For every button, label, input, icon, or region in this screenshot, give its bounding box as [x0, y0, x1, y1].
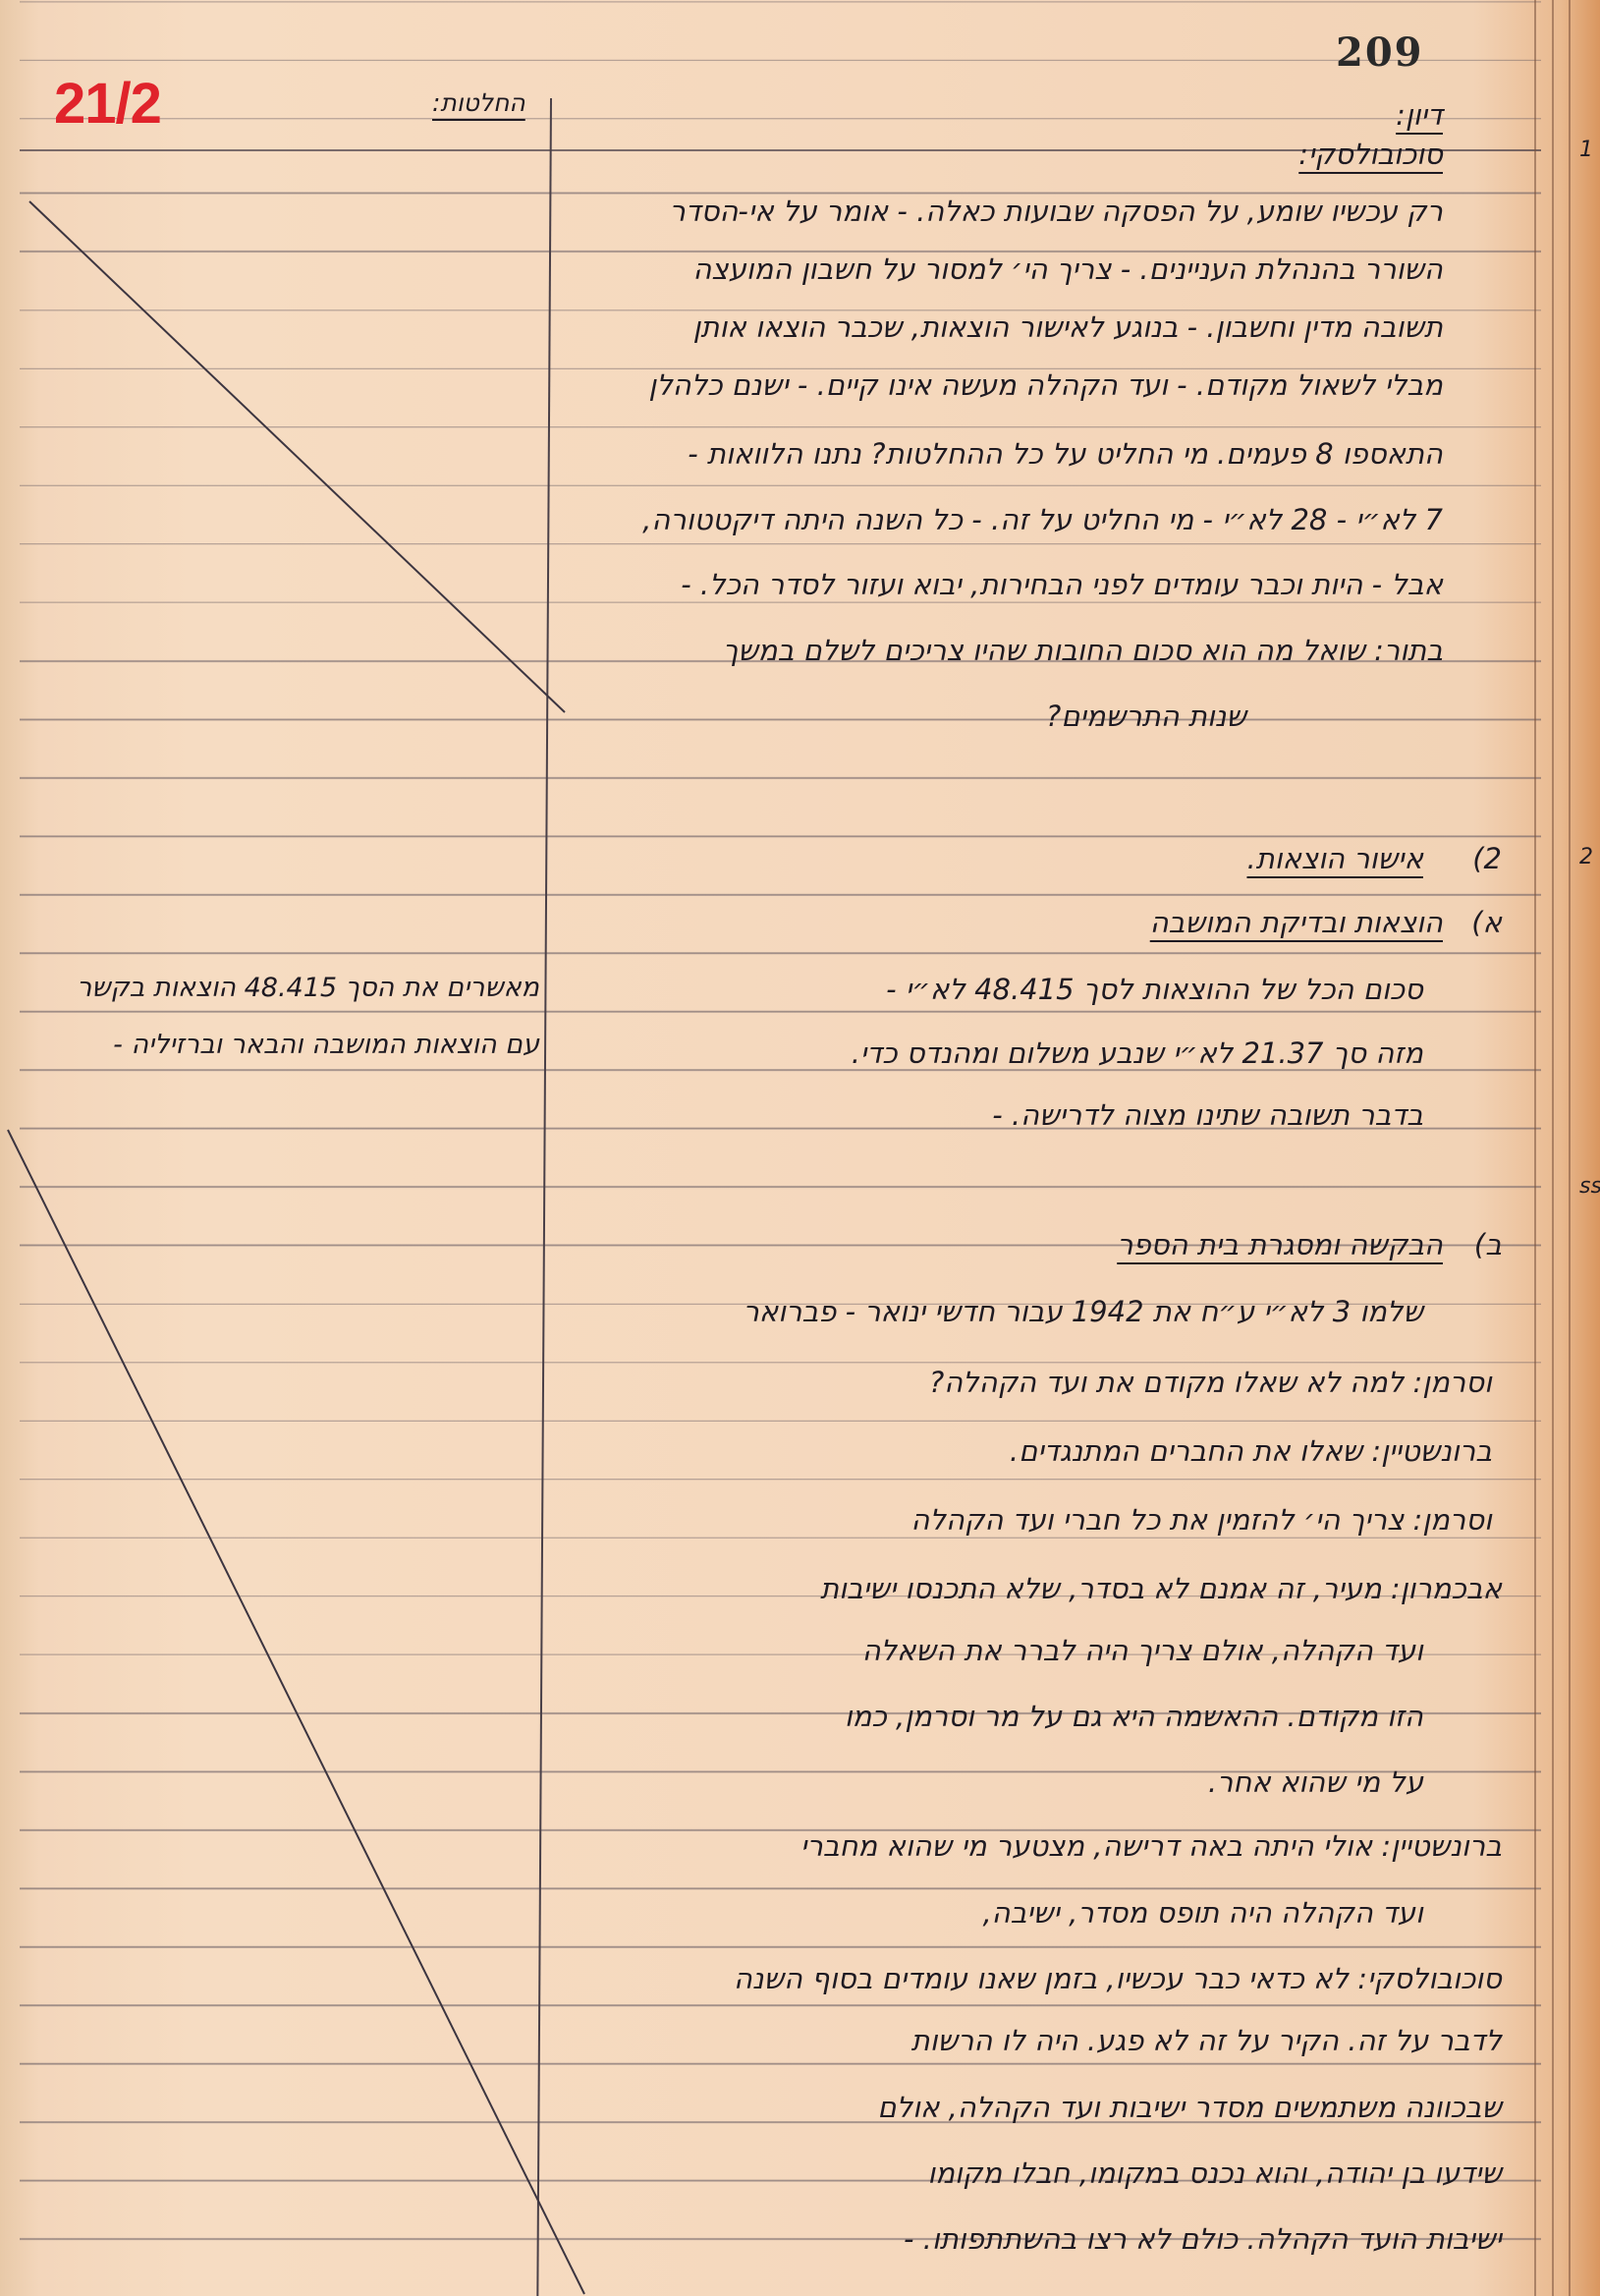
text-line: ברונשטיין: אולי היתה באה דרישה, מצטער מי…	[800, 1829, 1502, 1863]
ledger-page: 21/2 209 החלטות: מאשרים את הסך 48.415 הו…	[0, 0, 1600, 2296]
text-line: לדבר על זה. הקיר על זה לא פגע. היה לו הר…	[911, 2024, 1502, 2057]
text-line: על מי שהוא אחר.	[1208, 1765, 1423, 1799]
text-line: שלמו 3 לא״י ע״ח את 1942 עבור חדשי ינואר …	[744, 1295, 1424, 1328]
text-line: וסרמן: צריך הי׳ להזמין את כל חברי ועד הק…	[911, 1503, 1492, 1537]
text-line: ועד הקהלה היה תופס מסדר, ישיבה,	[982, 1896, 1423, 1930]
text-line: שנות התרשמים?	[1046, 700, 1246, 733]
text-line: תשובה מדין וחשבון. - בנוגע לאישור הוצאות…	[692, 310, 1443, 344]
subsection-marker: א)	[1471, 906, 1502, 939]
text-line: בדבר תשובה שתינו מצוה לדרישה. -	[992, 1098, 1423, 1132]
edge-mark: 2	[1579, 845, 1593, 869]
margin-note: מאשרים את הסך 48.415 הוצאות בקשר	[77, 973, 539, 1003]
text-line: שידעו בן יהודה, והוא נכנס במקומו, חבלו מ…	[927, 2156, 1502, 2190]
text-line: ישיבות הועד הקהלה. כולם לא רצו בהשתתפותו…	[904, 2222, 1502, 2256]
edge-mark: ss	[1579, 1174, 1600, 1199]
text-line: אבכמרון: מעיר, זה אמנם לא בסדר, שלא התכנ…	[820, 1572, 1502, 1605]
margin-note: עם הוצאות המושבה והבאר וברזיליה -	[113, 1030, 539, 1060]
edge-mark: 1	[1579, 138, 1593, 162]
text-line: שבכוונה משתמשים מסדר ישיבות ועד הקהלה, א…	[877, 2091, 1502, 2124]
text-line: מזה סך 21.37 לא״י שנבע משלום ומהנדס כדי.	[852, 1036, 1423, 1070]
discussion-label: דיון:	[1396, 98, 1443, 132]
text-line: ועד הקהלה, אולם צריך היה לברר את השאלה	[862, 1634, 1423, 1667]
subsection-title: הבקשה ומסגרת בית הספר	[1117, 1228, 1443, 1261]
text-line: בתור: שואל מה הוא סכום החובות שהיו צריכי…	[723, 634, 1443, 667]
subsection-title: הוצאות ובדיקת המושבה	[1150, 906, 1443, 939]
section-title: אישור הוצאות.	[1246, 842, 1423, 875]
text-line: הזו מקודם. ההאשמה היא גם על מר וסרמן, כמ…	[845, 1700, 1423, 1733]
text-line: מבלי לשאול מקודם. - ועד הקהלה מעשה אינו …	[648, 368, 1443, 402]
text-line: סוכובולסקי: לא כדאי כבר עכשיו, בזמן שאנו…	[734, 1962, 1502, 1995]
text-line: רק עכשיו שומע, על הפסקה שבועות כאלה. - א…	[669, 195, 1443, 228]
speaker-label: סוכובולסקי:	[1298, 138, 1443, 171]
text-line: סכום הכל של ההוצאות לסך 48.415 לא״י -	[886, 973, 1423, 1006]
text-line: התאספו 8 פעמים. מי החליט על כל ההחלטות? …	[688, 437, 1443, 471]
text-line: 7 לא״י - 28 לא״י - מי החליט על זה. - כל …	[642, 503, 1443, 536]
date-stamp: 21/2	[54, 71, 161, 137]
text-line: וסרמן: למה לא שאלו מקודם את ועד הקהלה?	[929, 1366, 1492, 1399]
subsection-marker: ב)	[1474, 1228, 1502, 1261]
page-number: 209	[1336, 29, 1424, 76]
text-line: ברונשטיין: שאלו את החברים המתנגדים.	[1010, 1434, 1492, 1468]
decisions-header: החלטות:	[432, 88, 525, 117]
strike-diagonals	[0, 0, 1600, 2296]
text-line: השורר בהנהלת העניינים. - צריך הי׳ למסור …	[692, 252, 1443, 286]
text-line: אבל - היות וכבר עומדים לפני הבחירות, יבו…	[681, 568, 1443, 601]
section-number: 2)	[1472, 842, 1502, 875]
